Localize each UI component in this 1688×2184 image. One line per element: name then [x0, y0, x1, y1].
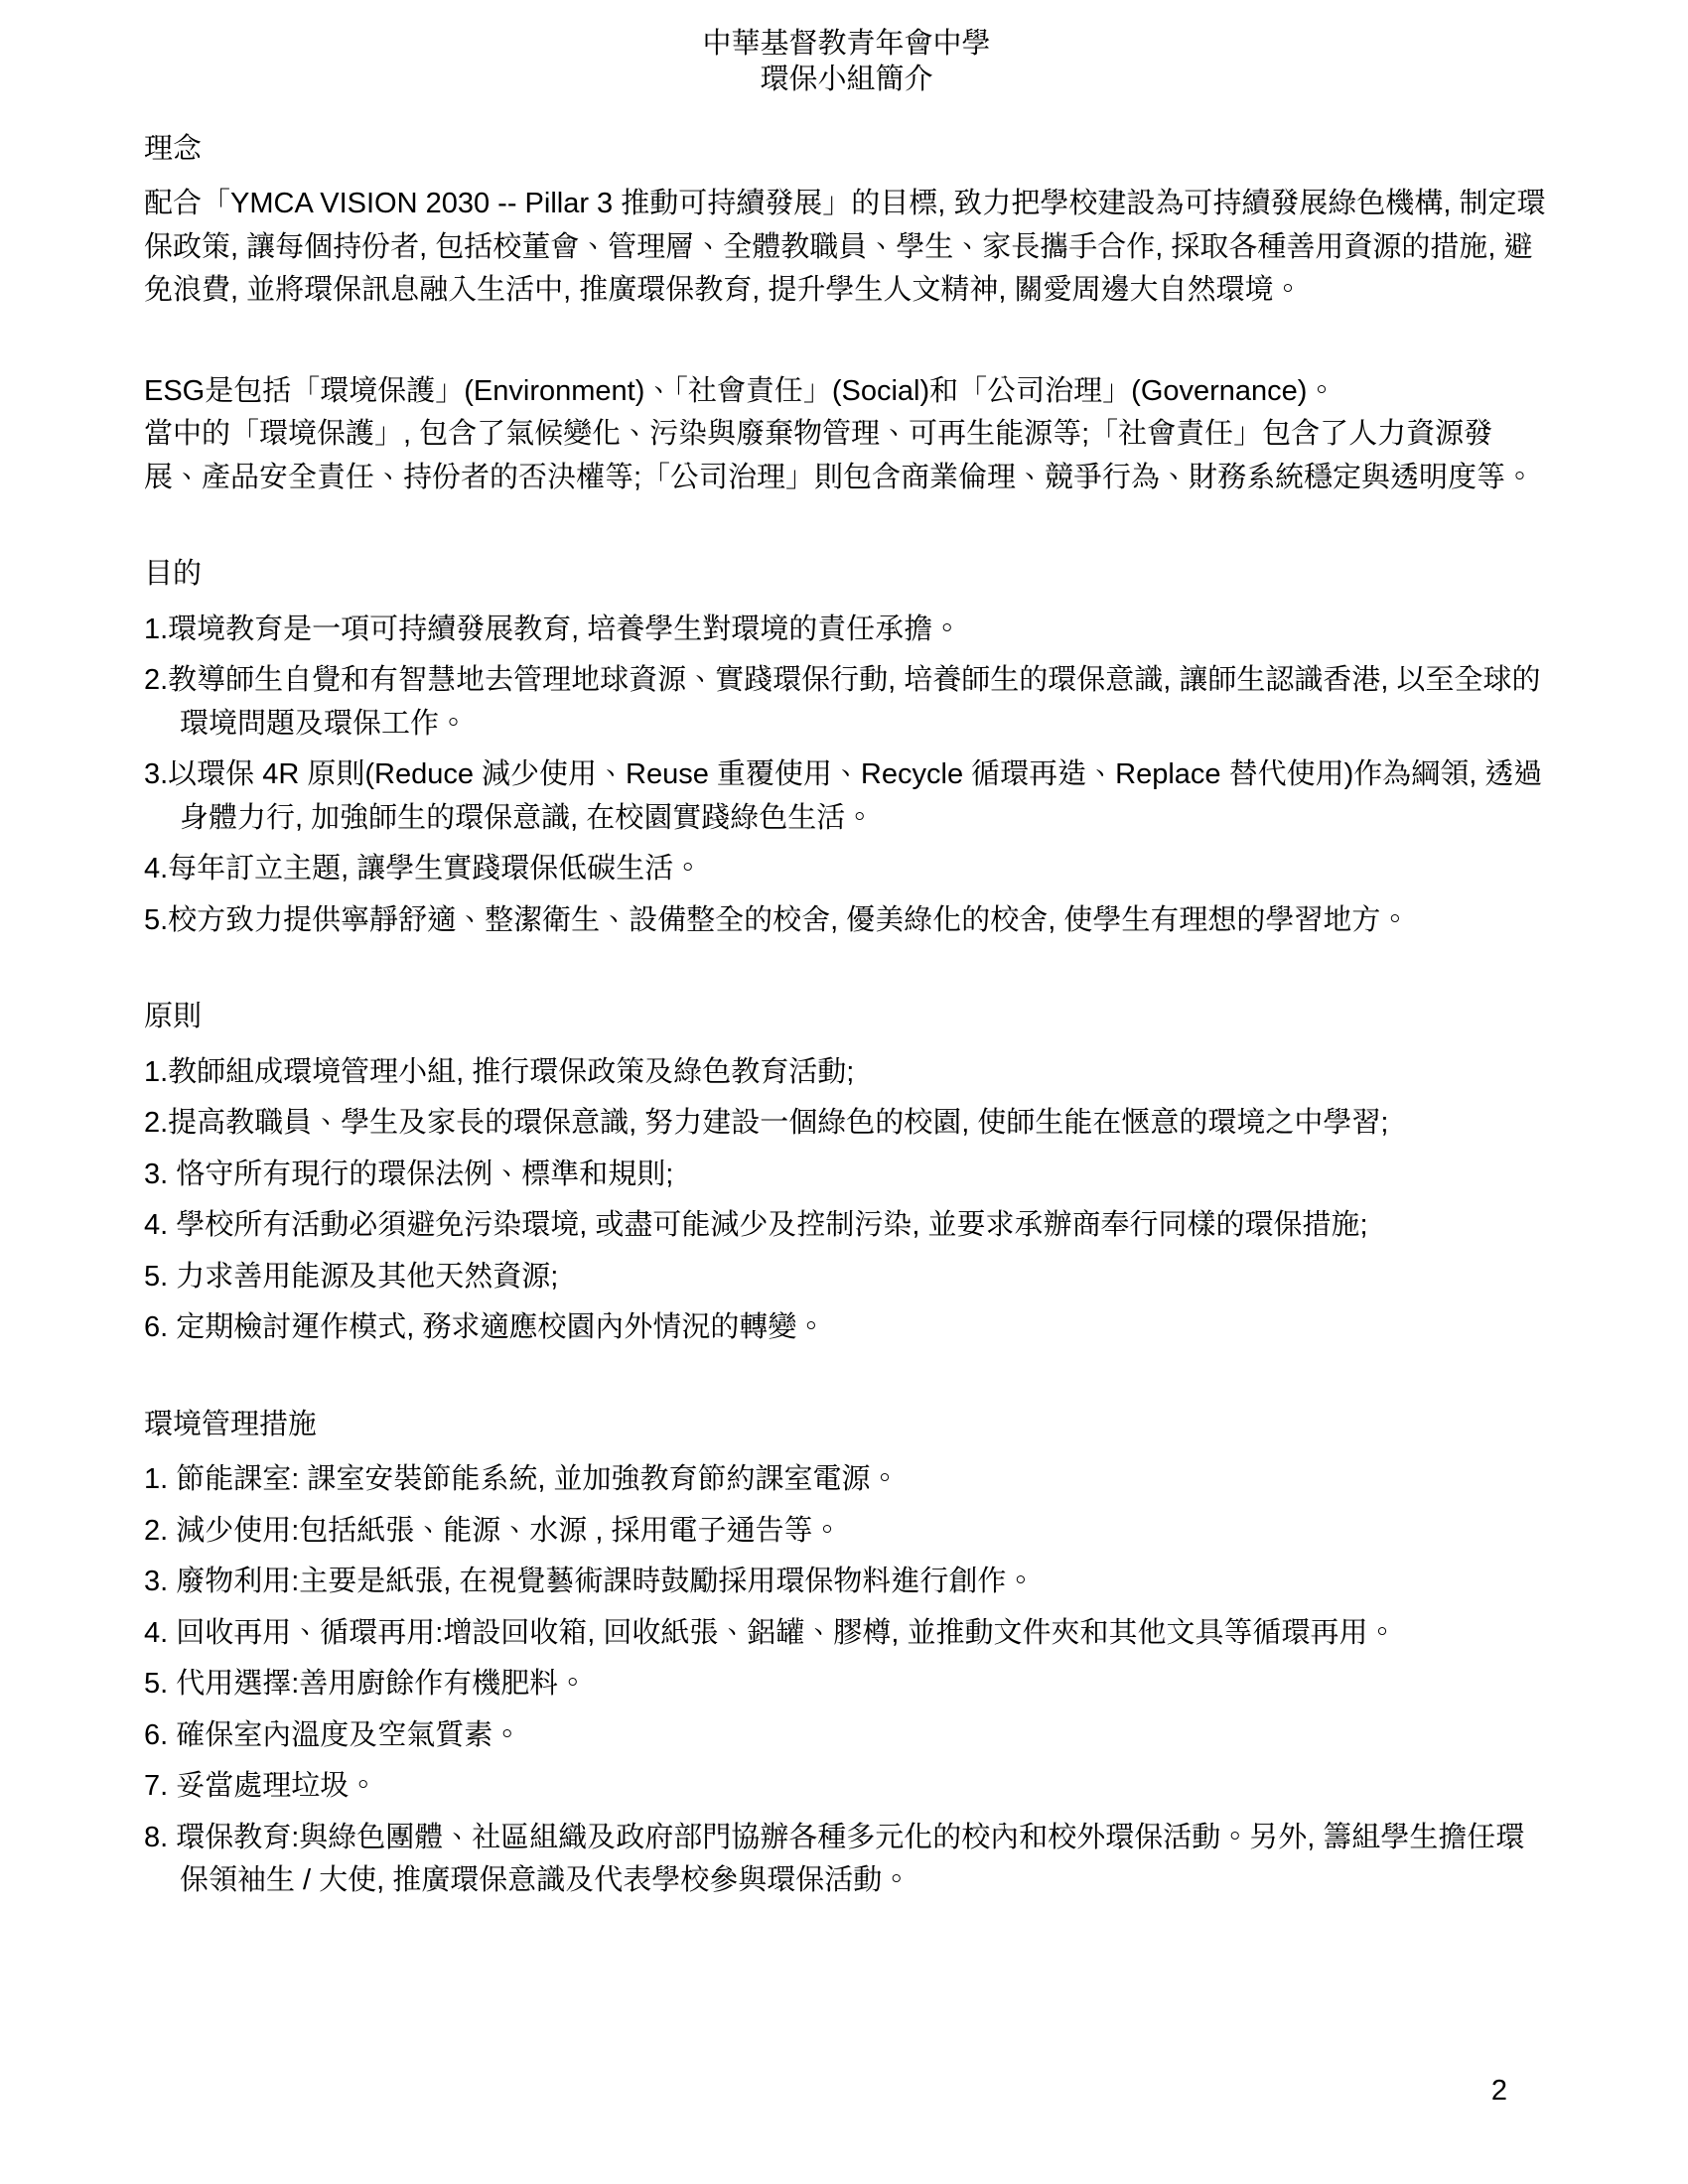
list-item: 4. 學校所有活動必須避免污染環境, 或盡可能減少及控制污染, 並要求承辦商奉行…	[144, 1204, 1549, 1248]
list-item: 6. 確保室內溫度及空氣質素。	[144, 1714, 1549, 1758]
list-item: 4.每年訂立主題, 讓學生實踐環保低碳生活。	[144, 848, 1549, 891]
list-item: 2.教導師生自覺和有智慧地去管理地球資源、實踐環保行動, 培養師生的環保意識, …	[144, 659, 1549, 746]
principles-heading: 原則	[144, 996, 1549, 1039]
list-item: 1.環境教育是一項可持續發展教育, 培養學生對環境的責任承擔。	[144, 609, 1549, 652]
section-principles: 原則 1.教師組成環境管理小組, 推行環保政策及綠色教育活動;2.提高教職員、學…	[144, 996, 1549, 1350]
section-philosophy: 理念 配合「YMCA VISION 2030 -- Pillar 3 推動可持續…	[144, 128, 1549, 313]
esg-detail-paragraph: 當中的「環境保護」, 包含了氣候變化、污染與廢棄物管理、可再生能源等;「社會責任…	[144, 413, 1549, 499]
list-item: 3. 廢物利用:主要是紙張, 在視覺藝術課時鼓勵採用環保物料進行創作。	[144, 1561, 1549, 1604]
list-item: 5.校方致力提供寧靜舒適、整潔衛生、設備整全的校舍, 優美綠化的校舍, 使學生有…	[144, 899, 1549, 943]
list-item: 4. 回收再用、循環再用:增設回收箱, 回收紙張、鋁罐、膠樽, 並推動文件夾和其…	[144, 1612, 1549, 1656]
philosophy-paragraph: 配合「YMCA VISION 2030 -- Pillar 3 推動可持續發展」…	[144, 183, 1549, 313]
document-page: 中華基督教青年會中學 環保小組簡介 理念 配合「YMCA VISION 2030…	[0, 0, 1688, 2184]
list-item: 3.以環保 4R 原則(Reduce 減少使用、Reuse 重覆使用、Recyc…	[144, 753, 1549, 840]
list-item: 7. 妥當處理垃圾。	[144, 1765, 1549, 1809]
document-title-block: 中華基督教青年會中學 環保小組簡介	[144, 26, 1549, 98]
list-item: 1.教師組成環境管理小組, 推行環保政策及綠色教育活動;	[144, 1051, 1549, 1095]
purpose-heading: 目的	[144, 553, 1549, 597]
list-item: 8. 環保教育:與綠色團體、社區組織及政府部門協辦各種多元化的校內和校外環保活動…	[144, 1817, 1549, 1903]
list-item: 2.提高教職員、學生及家長的環保意識, 努力建設一個綠色的校園, 使師生能在愜意…	[144, 1102, 1549, 1146]
list-item: 6. 定期檢討運作模式, 務求適應校園內外情況的轉變。	[144, 1306, 1549, 1350]
esg-definition-line: ESG是包括「環境保護」(Environment)、「社會責任」(Social)…	[144, 370, 1549, 414]
document-subtitle: 環保小組簡介	[144, 62, 1549, 97]
list-item: 5. 力求善用能源及其他天然資源;	[144, 1256, 1549, 1299]
page-number: 2	[1491, 2070, 1507, 2114]
list-item: 3. 恪守所有現行的環保法例、標準和規則;	[144, 1154, 1549, 1197]
philosophy-heading: 理念	[144, 128, 1549, 172]
purpose-list: 1.環境教育是一項可持續發展教育, 培養學生對環境的責任承擔。2.教導師生自覺和…	[144, 609, 1549, 943]
section-esg: ESG是包括「環境保護」(Environment)、「社會責任」(Social)…	[144, 370, 1549, 500]
measures-list: 1. 節能課室: 課室安裝節能系統, 並加強教育節約課室電源。2. 減少使用:包…	[144, 1458, 1549, 1903]
principles-list: 1.教師組成環境管理小組, 推行環保政策及綠色教育活動;2.提高教職員、學生及家…	[144, 1051, 1549, 1350]
list-item: 1. 節能課室: 課室安裝節能系統, 並加強教育節約課室電源。	[144, 1458, 1549, 1502]
section-purpose: 目的 1.環境教育是一項可持續發展教育, 培養學生對環境的責任承擔。2.教導師生…	[144, 553, 1549, 942]
list-item: 5. 代用選擇:善用廚餘作有機肥料。	[144, 1663, 1549, 1706]
section-measures: 環境管理措施 1. 節能課室: 課室安裝節能系統, 並加強教育節約課室電源。2.…	[144, 1404, 1549, 1903]
measures-heading: 環境管理措施	[144, 1404, 1549, 1447]
list-item: 2. 減少使用:包括紙張、能源、水源 , 採用電子通告等。	[144, 1510, 1549, 1554]
school-name: 中華基督教青年會中學	[144, 26, 1549, 62]
